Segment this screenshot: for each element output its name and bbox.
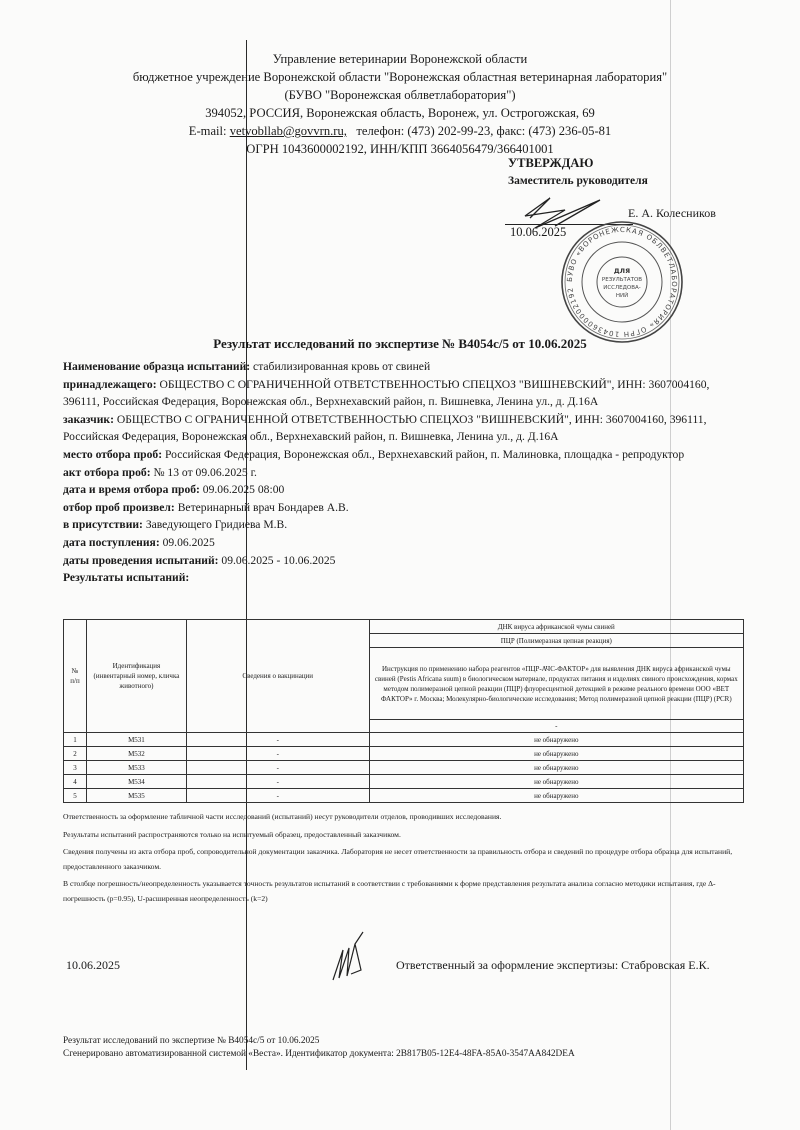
org-contacts: E-mail: vetvobllab@govvrn.ru, телефон: (… — [0, 122, 800, 140]
sampling-act: акт отбора проб: № 13 от 09.06.2025 г. — [63, 464, 745, 482]
row-vaccination: - — [186, 747, 369, 761]
col-header-identification: Идентификация (инвентарный номер, кличка… — [86, 620, 186, 733]
note-scope: Результаты испытаний распространяются то… — [63, 828, 753, 843]
col-header-number: № п/п — [64, 620, 87, 733]
sampling-place: место отбора проб: Российская Федерация,… — [63, 446, 745, 464]
sampling-datetime: дата и время отбора проб: 09.06.2025 08:… — [63, 481, 745, 499]
org-registration: ОГРН 1043600002192, ИНН/КПП 3664056479/3… — [0, 140, 800, 158]
col-header-vaccination: Сведения о вакцинации — [186, 620, 369, 733]
row-vaccination: - — [186, 789, 369, 803]
svg-text:ИССЛЕДОВА-: ИССЛЕДОВА- — [603, 285, 641, 291]
results-label: Результаты испытаний: — [63, 569, 745, 587]
org-name: бюджетное учреждение Воронежской области… — [0, 68, 800, 86]
results-table: № п/п Идентификация (инвентарный номер, … — [63, 619, 744, 803]
table-row: 2 M532 - не обнаружено — [64, 747, 744, 761]
svg-text:РЕЗУЛЬТАТОВ: РЕЗУЛЬТАТОВ — [602, 277, 642, 283]
sample-info: Наименование образца испытаний: стабилиз… — [63, 358, 745, 587]
test-dates: даты проведения испытаний: 09.06.2025 - … — [63, 552, 745, 570]
signature-date: 10.06.2025 — [66, 958, 120, 973]
table-row: 1 M531 - не обнаружено — [64, 733, 744, 747]
approval-date: 10.06.2025 — [510, 225, 566, 240]
row-result: не обнаружено — [369, 761, 743, 775]
table-row: 4 M534 - не обнаружено — [64, 775, 744, 789]
row-result: не обнаружено — [369, 789, 743, 803]
footer-generator: Сгенерировано автоматизированной системо… — [63, 1048, 575, 1061]
approver-name: Е. А. Колесников — [628, 206, 716, 221]
table-row: 5 M535 - не обнаружено — [64, 789, 744, 803]
footer: Результат исследований по экспертизе № В… — [63, 1035, 575, 1061]
row-vaccination: - — [186, 761, 369, 775]
row-number: 4 — [64, 775, 87, 789]
notes: Ответственность за оформление табличной … — [63, 810, 753, 906]
row-id: M533 — [86, 761, 186, 775]
email-link[interactable]: vetvobllab@govvrn.ru, — [230, 124, 347, 138]
note-responsibility: Ответственность за оформление табличной … — [63, 810, 753, 825]
approval-position: Заместитель руководителя — [508, 175, 648, 187]
customer: заказчик: ОБЩЕСТВО С ОГРАНИЧЕННОЙ ОТВЕТС… — [63, 411, 745, 446]
stamp-icon: БУВО «ВОРОНЕЖСКАЯ ОБЛВЕТЛАБОРАТОРИЯ» ОГР… — [560, 220, 684, 344]
org-address: 394052, РОССИЯ, Воронежская область, Вор… — [0, 104, 800, 122]
responsible-person: Ответственный за оформление экспертизы: … — [396, 958, 710, 973]
row-id: M535 — [86, 789, 186, 803]
method-document: Инструкция по применению набора реагенто… — [369, 648, 743, 720]
row-number: 1 — [64, 733, 87, 747]
row-id: M531 — [86, 733, 186, 747]
norm-value: - — [369, 720, 743, 733]
note-source: Сведения получены из акта отбора проб, с… — [63, 845, 753, 874]
row-result: не обнаружено — [369, 733, 743, 747]
row-id: M532 — [86, 747, 186, 761]
org-short-name: (БУВО "Воронежская облветлаборатория") — [0, 86, 800, 104]
row-result: не обнаружено — [369, 747, 743, 761]
row-number: 2 — [64, 747, 87, 761]
phone-fax: телефон: (473) 202-99-23, факс: (473) 23… — [356, 124, 611, 138]
org-parent: Управление ветеринарии Воронежской облас… — [0, 50, 800, 68]
row-vaccination: - — [186, 775, 369, 789]
footer-doc-ref: Результат исследований по экспертизе № В… — [63, 1035, 575, 1048]
received-date: дата поступления: 09.06.2025 — [63, 534, 745, 552]
presence: в присутствии: Заведующего Гридиева М.В. — [63, 516, 745, 534]
row-id: M534 — [86, 775, 186, 789]
sample-name: Наименование образца испытаний: стабилиз… — [63, 358, 745, 376]
svg-text:НИЙ: НИЙ — [616, 292, 628, 299]
responsible-signature — [325, 930, 375, 985]
row-vaccination: - — [186, 733, 369, 747]
note-uncertainty: В столбце погрешность/неопределенность у… — [63, 877, 753, 906]
row-number: 5 — [64, 789, 87, 803]
method-short: ПЦР (Полимеразная цепная реакция) — [369, 634, 743, 648]
document-title: Результат исследований по экспертизе № В… — [0, 336, 800, 352]
approval-title: УТВЕРЖДАЮ — [508, 156, 593, 171]
table-row: 3 M533 - не обнаружено — [64, 761, 744, 775]
sampler: отбор проб произвел: Ветеринарный врач Б… — [63, 499, 745, 517]
indicator-header: ДНК вируса африканской чумы свиней — [369, 620, 743, 634]
email-label: E-mail: — [189, 124, 227, 138]
svg-text:ДЛЯ: ДЛЯ — [614, 267, 630, 275]
owner: принадлежащего: ОБЩЕСТВО С ОГРАНИЧЕННОЙ … — [63, 376, 745, 411]
row-number: 3 — [64, 761, 87, 775]
row-result: не обнаружено — [369, 775, 743, 789]
